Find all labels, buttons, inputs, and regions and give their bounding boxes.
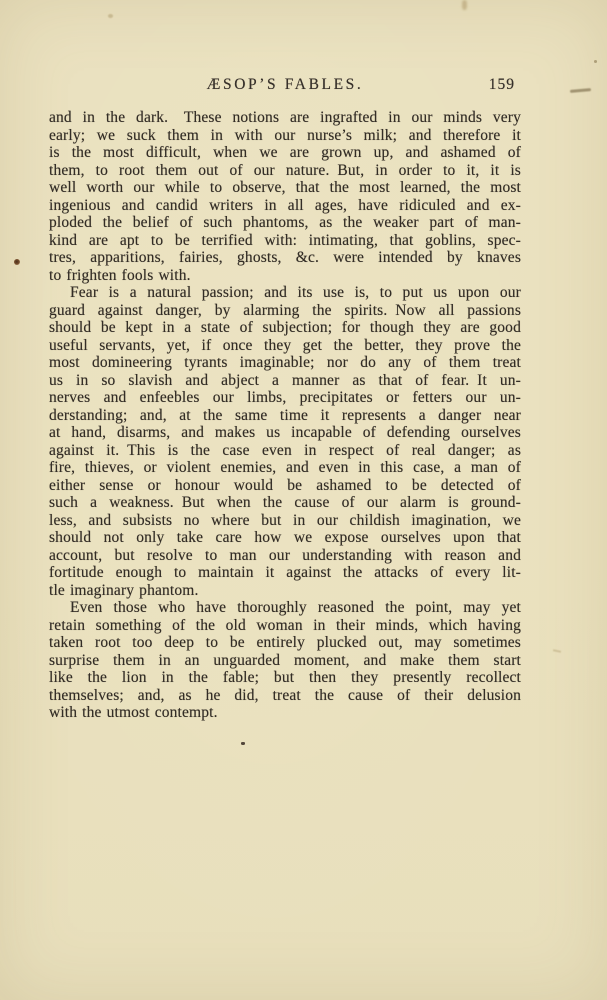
text-line: should not only take care how we expose …: [49, 529, 521, 547]
text-block: and in the dark. These notions are ingra…: [49, 109, 521, 722]
text-line: such a weakness. But when the cause of o…: [49, 494, 521, 512]
text-line: guard against danger, by alarming the sp…: [49, 302, 521, 320]
text-line: like the lion in the fable; but then the…: [49, 669, 521, 687]
text-line: derstanding; and, at the same time it re…: [49, 407, 521, 425]
text-line: account, but resolve to man our understa…: [49, 547, 521, 565]
paper-speck: [241, 742, 245, 745]
text-line: with the utmost contempt.: [49, 704, 521, 722]
running-head: ÆSOP’S FABLES. 159: [49, 76, 521, 96]
text-line: should be kept in a state of subjection;…: [49, 319, 521, 337]
ink-dash-mark: [570, 88, 591, 93]
text-line: Fear is a natural passion; and its use i…: [49, 284, 521, 302]
text-line: fortitude enough to maintain it against …: [49, 564, 521, 582]
paper-speck: [108, 14, 113, 18]
text-line: tle imaginary phantom.: [49, 582, 521, 600]
text-line: kind are apt to be terrified with: intim…: [49, 232, 521, 250]
text-line: either sense or honour would be ashamed …: [49, 477, 521, 495]
text-line: us in so slavish and abject a manner as …: [49, 372, 521, 390]
text-line: them, to root them out of our nature. Bu…: [49, 162, 521, 180]
text-line: and in the dark. These notions are ingra…: [49, 109, 521, 127]
text-line: early; we suck them in with our nurse’s …: [49, 127, 521, 145]
text-line: well worth our while to observe, that th…: [49, 179, 521, 197]
paper-speck: [594, 60, 597, 63]
text-line: at hand, disarms, and makes us incapable…: [49, 424, 521, 442]
text-line: surprise them in an unguarded moment, an…: [49, 652, 521, 670]
paper-scratch: [553, 649, 561, 653]
text-line: ingenious and candid writers in all ages…: [49, 197, 521, 215]
running-title: ÆSOP’S FABLES.: [49, 76, 521, 94]
text-line: retain something of the old woman in the…: [49, 617, 521, 635]
text-line: ploded the belief of such phantoms, as t…: [49, 214, 521, 232]
page-number: 159: [489, 76, 515, 94]
text-line: taken root too deep to be entirely pluck…: [49, 634, 521, 652]
text-line: Even those who have thoroughly reasoned …: [49, 599, 521, 617]
paper-smudge: [462, 0, 467, 10]
text-line: fire, thieves, or violent enemies, and e…: [49, 459, 521, 477]
text-line: nerves and enfeebles our limbs, precipit…: [49, 389, 521, 407]
text-line: useful servants, yet, if once they get t…: [49, 337, 521, 355]
paper-speck: [14, 259, 20, 265]
text-line: most domineering tyrants imaginable; nor…: [49, 354, 521, 372]
text-line: themselves; and, as he did, treat the ca…: [49, 687, 521, 705]
text-line: to frighten fools with.: [49, 267, 521, 285]
text-line: less, and subsists no where but in our c…: [49, 512, 521, 530]
text-line: is the most difficult, when we are grown…: [49, 144, 521, 162]
book-page: ÆSOP’S FABLES. 159 and in the dark. Thes…: [0, 0, 607, 1000]
text-line: tres, apparitions, fairies, ghosts, &c. …: [49, 249, 521, 267]
text-line: against it. This is the case even in res…: [49, 442, 521, 460]
